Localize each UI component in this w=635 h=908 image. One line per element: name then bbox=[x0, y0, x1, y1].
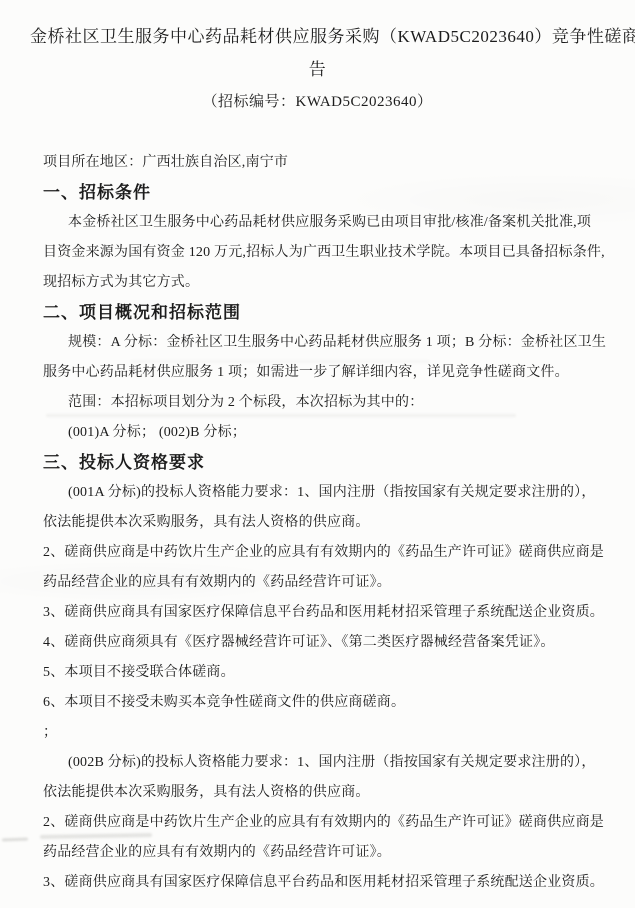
document-body: 项目所在地区：广西壮族自治区,南宁市一、招标条件本金桥社区卫生服务中心药品耗材供… bbox=[43, 148, 601, 898]
text-line: (001)A 分标； (002)B 分标； bbox=[43, 418, 601, 448]
text-line: ； bbox=[43, 718, 601, 748]
document-title-line-2: 告 bbox=[30, 53, 605, 86]
text-line: 药品经营企业的应具有有效期内的《药品经营许可证》。 bbox=[43, 838, 601, 868]
section-heading: 一、招标条件 bbox=[43, 178, 601, 208]
scanned-document-page: 金桥社区卫生服务中心药品耗材供应服务采购（KWAD5C2023640）竞争性磋商… bbox=[0, 0, 635, 908]
bid-number-line: （招标编号：KWAD5C2023640） bbox=[30, 86, 605, 119]
text-line: 现招标方式为其它方式。 bbox=[43, 268, 601, 298]
text-line: 范围：本招标项目划分为 2 个标段，本次招标为其中的： bbox=[43, 388, 601, 418]
text-line: 2、磋商供应商是中药饮片生产企业的应具有有效期内的《药品生产许可证》磋商供应商是 bbox=[43, 808, 601, 838]
text-line: 6、本项目不接受未购买本竞争性磋商文件的供应商磋商。 bbox=[43, 688, 601, 718]
section-heading: 三、投标人资格要求 bbox=[43, 448, 601, 478]
text-line: 药品经营企业的应具有有效期内的《药品经营许可证》。 bbox=[43, 568, 601, 598]
text-line: 规模：A 分标：金桥社区卫生服务中心药品耗材供应服务 1 项；B 分标：金桥社区… bbox=[43, 328, 601, 358]
text-line: (001A 分标)的投标人资格能力要求：1、国内注册（指按国家有关规定要求注册的… bbox=[43, 478, 601, 508]
text-line: 3、磋商供应商具有国家医疗保障信息平台药品和医用耗材招采管理子系统配送企业资质。 bbox=[43, 598, 601, 628]
text-line: 本金桥社区卫生服务中心药品耗材供应服务采购已由项目审批/核准/备案机关批准,项 bbox=[43, 208, 601, 238]
section-heading: 二、项目概况和招标范围 bbox=[43, 298, 601, 328]
document-title-block: 金桥社区卫生服务中心药品耗材供应服务采购（KWAD5C2023640）竞争性磋商… bbox=[30, 20, 605, 119]
text-line: 4、磋商供应商须具有《医疗器械经营许可证》、《第二类医疗器械经营备案凭证》。 bbox=[43, 628, 601, 658]
scan-artifact-pencil-mark bbox=[2, 838, 28, 842]
text-line: (002B 分标)的投标人资格能力要求：1、国内注册（指按国家有关规定要求注册的… bbox=[43, 748, 601, 778]
text-line: 依法能提供本次采购服务，具有法人资格的供应商。 bbox=[43, 508, 601, 538]
text-line: 目资金来源为国有资金 120 万元,招标人为广西卫生职业技术学院。本项目已具备招… bbox=[43, 238, 601, 268]
text-line: 服务中心药品耗材供应服务 1 项；如需进一步了解详细内容，详见竞争性磋商文件。 bbox=[43, 358, 601, 388]
text-line: 3、磋商供应商具有国家医疗保障信息平台药品和医用耗材招采管理子系统配送企业资质。 bbox=[43, 868, 601, 898]
text-line: 2、磋商供应商是中药饮片生产企业的应具有有效期内的《药品生产许可证》磋商供应商是 bbox=[43, 538, 601, 568]
document-title-line-1: 金桥社区卫生服务中心药品耗材供应服务采购（KWAD5C2023640）竞争性磋商… bbox=[30, 20, 605, 53]
text-line: 项目所在地区：广西壮族自治区,南宁市 bbox=[43, 148, 601, 178]
text-line: 5、本项目不接受联合体磋商。 bbox=[43, 658, 601, 688]
text-line: 依法能提供本次采购服务，具有法人资格的供应商。 bbox=[43, 778, 601, 808]
